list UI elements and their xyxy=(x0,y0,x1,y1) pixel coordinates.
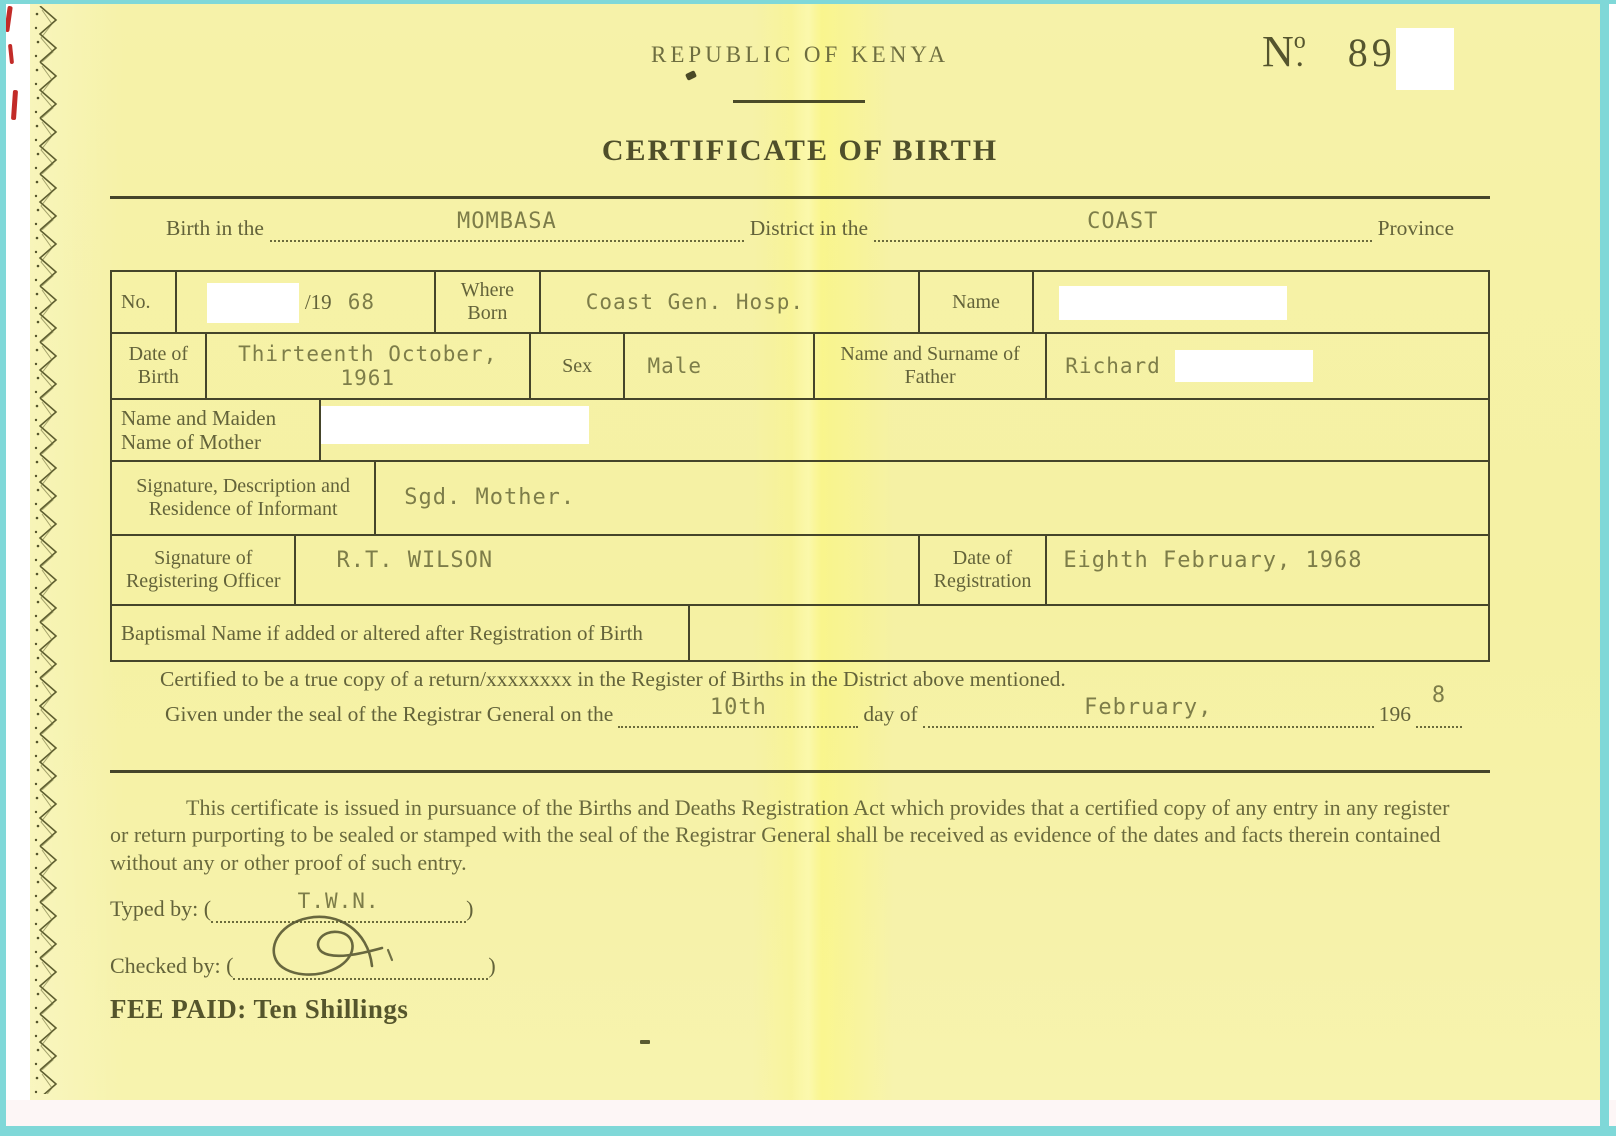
where-born-value: Coast Gen. Hosp. xyxy=(541,272,920,332)
seal-day-blank: 10th xyxy=(618,698,858,728)
table-row-baptismal: Baptismal Name if added or altered after… xyxy=(112,606,1488,660)
registrar-value: R.T. WILSON xyxy=(296,536,919,604)
scan-border-left xyxy=(0,0,6,1136)
father-label: Name and Surname of Father xyxy=(815,334,1047,398)
checked-by-line: Checked by: ( ) xyxy=(110,950,496,980)
dob-value: Thirteenth October, 1961 xyxy=(207,334,531,398)
registrar-label: Signature of Registering Officer xyxy=(112,536,296,604)
redaction-box-entry-no xyxy=(207,283,299,323)
dob-label: Date of Birth xyxy=(112,334,207,398)
given-under-seal-line: Given under the seal of the Registrar Ge… xyxy=(160,698,1462,728)
seal-day-value: 10th xyxy=(710,695,767,720)
checked-by-label: Checked by: ( xyxy=(110,953,233,980)
certificate-number: No.89 xyxy=(1262,26,1396,77)
baptismal-label: Baptismal Name if added or altered after… xyxy=(112,606,690,660)
scan-border-top xyxy=(0,0,1616,4)
redaction-box-father-surname xyxy=(1175,350,1313,382)
checked-by-close: ) xyxy=(488,953,495,980)
seal-month-blank: February, xyxy=(923,698,1374,728)
day-of-label: day of xyxy=(858,702,922,728)
entry-no-value: /19 68 xyxy=(177,272,436,332)
entry-no-year: 68 xyxy=(348,290,375,314)
scanned-birth-certificate: REPUBLIC OF KENYA No.89 CERTIFICATE OF B… xyxy=(0,0,1616,1136)
certificate-table: No. /19 68 Where Born Coast Gen. Hosp. N… xyxy=(110,270,1490,662)
informant-label: Signature, Description and Residence of … xyxy=(112,462,376,534)
district-line: Birth in the MOMBASA District in the COA… xyxy=(160,212,1460,242)
child-name-label: Name xyxy=(920,272,1035,332)
father-value: Richard xyxy=(1047,334,1488,398)
number-dot: . xyxy=(1296,47,1305,64)
reg-date-label: Date of Registration xyxy=(920,536,1048,604)
red-edge-mark xyxy=(11,90,18,120)
baptismal-value-empty xyxy=(690,606,1488,660)
ink-dash xyxy=(640,1040,650,1044)
fee-paid-line: FEE PAID: Ten Shillings xyxy=(110,994,408,1025)
mother-label: Name and Maiden Name of Mother xyxy=(112,400,321,460)
table-row-mother: Name and Maiden Name of Mother xyxy=(112,400,1488,462)
birth-in-label: Birth in the xyxy=(160,216,270,242)
scan-border-right xyxy=(1600,0,1609,1136)
province-blank: COAST xyxy=(874,212,1372,242)
sex-label: Sex xyxy=(531,334,626,398)
entry-no-pre: /19 xyxy=(305,290,332,314)
reg-date-value: Eighth February, 1968 xyxy=(1047,536,1488,604)
number-n: N xyxy=(1262,27,1294,76)
father-first-name: Richard xyxy=(1065,354,1161,378)
dob-value-line1: Thirteenth October, xyxy=(207,342,529,366)
given-label: Given under the seal of the Registrar Ge… xyxy=(160,702,618,728)
country-heading: REPUBLIC OF KENYA xyxy=(560,42,1040,68)
table-row-informant: Signature, Description and Residence of … xyxy=(112,462,1488,536)
child-name-value xyxy=(1034,272,1488,332)
sex-value: Male xyxy=(625,334,814,398)
scan-margin-bottom xyxy=(0,1100,1616,1126)
rule-top xyxy=(110,196,1490,199)
redaction-box-child-name xyxy=(1059,286,1287,320)
typed-by-label: Typed by: ( xyxy=(110,896,211,923)
year-prefix: 196 xyxy=(1374,702,1416,728)
year-suffix: 8 xyxy=(1432,683,1446,708)
typed-by-close: ) xyxy=(466,896,473,923)
table-row-entry: No. /19 68 Where Born Coast Gen. Hosp. N… xyxy=(112,272,1488,334)
redaction-box-mother-name xyxy=(321,406,589,444)
seal-month-value: February, xyxy=(1084,695,1212,720)
district-value: MOMBASA xyxy=(457,209,557,234)
where-born-label: Where Born xyxy=(436,272,541,332)
mother-value xyxy=(321,400,1488,460)
district-label: District in the xyxy=(744,216,874,242)
certified-statement: Certified to be a true copy of a return/… xyxy=(160,667,1066,692)
red-edge-mark xyxy=(8,44,14,64)
scan-border-bottom xyxy=(0,1126,1616,1136)
district-blank: MOMBASA xyxy=(270,212,744,242)
informant-value: Sgd. Mother. xyxy=(376,462,1488,534)
rule-bottom xyxy=(110,770,1490,773)
dob-value-line2: 1961 xyxy=(207,366,529,390)
table-row-birth: Date of Birth Thirteenth October, 1961 S… xyxy=(112,334,1488,400)
table-row-registrar: Signature of Registering Officer R.T. WI… xyxy=(112,536,1488,606)
number-value: 89 xyxy=(1348,30,1396,75)
year-blank: 8 xyxy=(1416,698,1462,728)
header-divider xyxy=(733,100,865,103)
entry-no-label: No. xyxy=(112,272,177,332)
province-value: COAST xyxy=(1087,209,1158,234)
legal-paragraph: This certificate is issued in pursuance … xyxy=(110,794,1470,876)
province-label: Province xyxy=(1372,216,1460,242)
signature-scribble xyxy=(260,904,410,996)
document-title: CERTIFICATE OF BIRTH xyxy=(500,134,1100,168)
binding-zigzag-edge xyxy=(32,6,64,1094)
redaction-box-number xyxy=(1396,28,1454,90)
